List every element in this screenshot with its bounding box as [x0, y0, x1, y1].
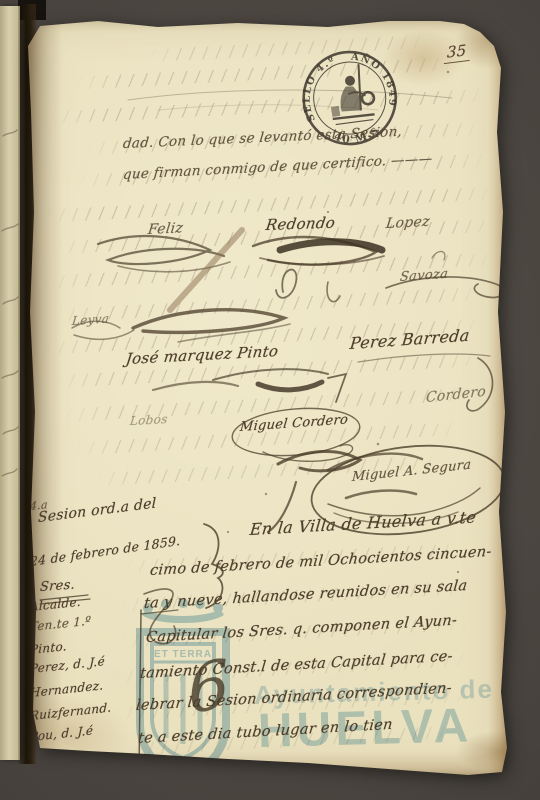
signature: Feliz	[147, 220, 184, 238]
previous-page-ink-marks	[0, 6, 20, 760]
overwritten-numeral: 6	[185, 645, 232, 730]
previous-page-edge	[0, 6, 20, 760]
manuscript-page: ET TERRA Ayuntamiento de HUELVA	[28, 12, 510, 780]
margin-heading: Sres.	[39, 577, 75, 595]
page-wrapper: ET TERRA Ayuntamiento de HUELVA	[28, 12, 510, 780]
scanned-manuscript: ET TERRA Ayuntamiento de HUELVA	[0, 0, 540, 800]
folio-number: 35	[444, 41, 470, 64]
signature: Lopez	[385, 214, 431, 232]
signature: Redondo	[265, 214, 337, 235]
signature: Leyva	[71, 311, 110, 328]
signature: Lobos	[129, 412, 168, 428]
